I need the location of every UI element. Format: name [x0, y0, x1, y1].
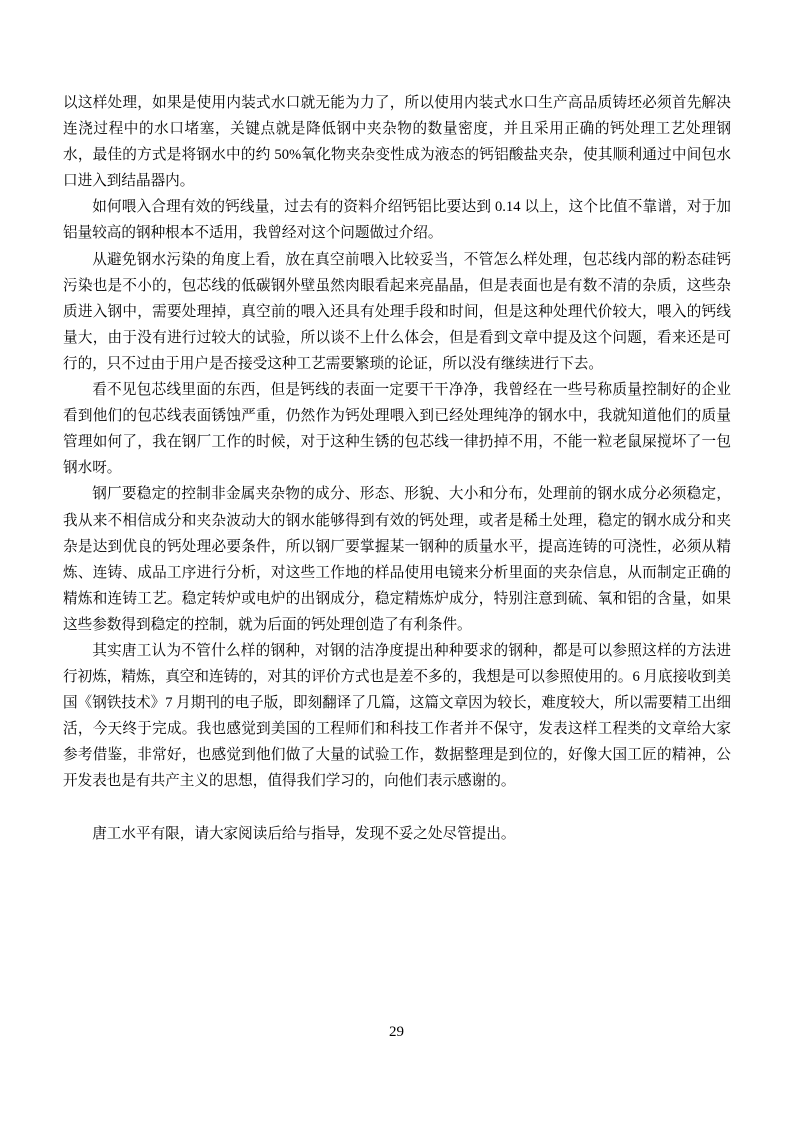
paragraph-calcium-wire-amount: 如何喂入合理有效的钙线量，过去有的资料介绍钙铝比要达到 0.14 以上，这个比值…: [63, 194, 731, 246]
paragraph-closing-remark: 唐工水平有限，请大家阅读后给与指导，发现不妥之处尽管提出。: [63, 821, 731, 847]
page-number: 29: [0, 1023, 793, 1041]
paragraph-inclusion-control: 钢厂要稳定的控制非金属夹杂物的成分、形态、形貌、大小和分布，处理前的钢水成分必须…: [63, 481, 731, 638]
paragraph-cored-wire-surface: 看不见包芯线里面的东西，但是钙线的表面一定要干干净净，我曾经在一些号称质量控制好…: [63, 377, 731, 481]
text-block: 以这样处理，如果是使用内装式水口就无能为力了，所以使用内装式水口生产高品质铸坯必…: [63, 90, 731, 847]
paragraph-continuation: 以这样处理，如果是使用内装式水口就无能为力了，所以使用内装式水口生产高品质铸坯必…: [63, 90, 731, 194]
paragraph-avoid-steel-contamination: 从避免钢水污染的角度上看，放在真空前喂入比较妥当，不管怎么样处理，包芯线内部的粉…: [63, 247, 731, 377]
paragraph-translation-remarks: 其实唐工认为不管什么样的钢种，对钢的洁净度提出种种要求的钢种，都是可以参照这样的…: [63, 638, 731, 795]
document-page: 以这样处理，如果是使用内装式水口就无能为力了，所以使用内装式水口生产高品质铸坯必…: [0, 0, 793, 1122]
